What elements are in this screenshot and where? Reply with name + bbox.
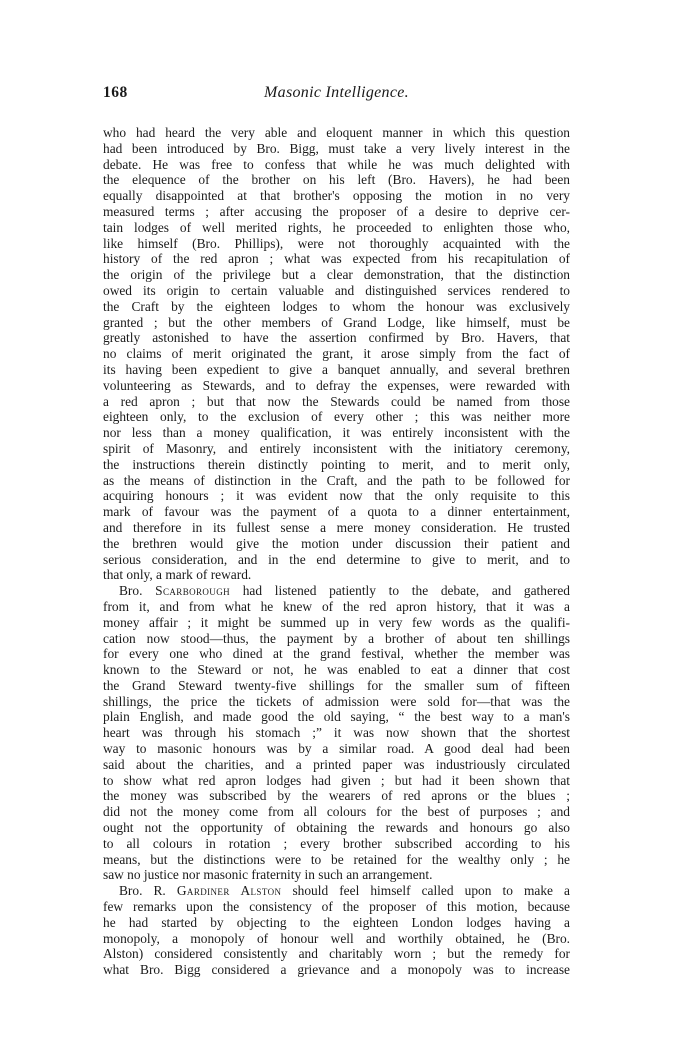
line-text: what Bro. Bigg considered a grievance an… bbox=[103, 962, 570, 977]
text-line: saw no justice nor masonic fraternity in… bbox=[103, 867, 570, 883]
line-text: like himself (Bro. Phillips), were not t… bbox=[103, 236, 570, 251]
text-line: volunteering as Stewards, and to defray … bbox=[103, 378, 570, 394]
text-line: no claims of merit originated the grant,… bbox=[103, 346, 570, 362]
line-text: had listened patiently to the debate, an… bbox=[230, 583, 570, 598]
text-line: did not the money come from all colours … bbox=[103, 804, 570, 820]
text-line: serious consideration, and in the end de… bbox=[103, 552, 570, 568]
text-line: the elequence of the brother on his left… bbox=[103, 172, 570, 188]
book-page: 168 Masonic Intelligence. who had heard … bbox=[103, 84, 570, 978]
line-text: as the means of distinction in the Craft… bbox=[103, 473, 570, 488]
line-text: mark of favour was the payment of a quot… bbox=[103, 504, 570, 519]
text-line: few remarks upon the consistency of the … bbox=[103, 899, 570, 915]
text-line: plain English, and made good the old say… bbox=[103, 709, 570, 725]
text-line: to show what red apron lodges had given … bbox=[103, 773, 570, 789]
text-line: Alston) considered consistently and char… bbox=[103, 946, 570, 962]
line-text: its having been expedient to give a banq… bbox=[103, 362, 570, 377]
line-text: to all colours in rotation ; every broth… bbox=[103, 836, 570, 851]
text-line: who had heard the very able and eloquent… bbox=[103, 125, 570, 141]
line-text: a red apron ; but that now the Stewards … bbox=[103, 394, 570, 409]
running-head: 168 Masonic Intelligence. bbox=[103, 84, 570, 106]
line-text: plain English, and made good the old say… bbox=[103, 709, 570, 724]
text-line: spirit of Masonry, and entirely inconsis… bbox=[103, 441, 570, 457]
text-line: ought not the opportunity of obtaining t… bbox=[103, 820, 570, 836]
text-line: eighteen only, to the exclusion of every… bbox=[103, 409, 570, 425]
speaker-name: Gardiner Alston bbox=[177, 883, 282, 898]
text-line: said about the charities, and a printed … bbox=[103, 757, 570, 773]
text-line: a red apron ; but that now the Stewards … bbox=[103, 394, 570, 410]
text-line: Bro. Scarborough had listened patiently … bbox=[103, 583, 570, 599]
text-line: like himself (Bro. Phillips), were not t… bbox=[103, 236, 570, 252]
body-text: who had heard the very able and eloquent… bbox=[103, 125, 570, 978]
speaker-prefix: Bro. R. bbox=[119, 883, 177, 898]
text-line: the brethren would give the motion under… bbox=[103, 536, 570, 552]
line-text: and therefore in its fullest sense a mer… bbox=[103, 520, 570, 535]
line-text: Alston) considered consistently and char… bbox=[103, 946, 570, 961]
text-line: greatly astonished to have the assertion… bbox=[103, 330, 570, 346]
text-line: the origin of the privilege but a clear … bbox=[103, 267, 570, 283]
line-text: did not the money come from all colours … bbox=[103, 804, 570, 819]
text-line: cation now stood—thus, the payment by a … bbox=[103, 631, 570, 647]
text-line: Bro. R. Gardiner Alston should feel hims… bbox=[103, 883, 570, 899]
text-line: what Bro. Bigg considered a grievance an… bbox=[103, 962, 570, 978]
line-text: saw no justice nor masonic fraternity in… bbox=[103, 867, 432, 882]
line-text: eighteen only, to the exclusion of every… bbox=[103, 409, 570, 424]
text-line: measured terms ; after accusing the prop… bbox=[103, 204, 570, 220]
line-text: for every one who dined at the grand fes… bbox=[103, 646, 570, 661]
line-text: history of the red apron ; what was expe… bbox=[103, 251, 570, 266]
text-line: heart was through his stomach ;” it was … bbox=[103, 725, 570, 741]
line-text: he had started by objecting to the eight… bbox=[103, 915, 570, 930]
line-text: the origin of the privilege but a clear … bbox=[103, 267, 570, 282]
line-text: the elequence of the brother on his left… bbox=[103, 172, 570, 187]
text-line: mark of favour was the payment of a quot… bbox=[103, 504, 570, 520]
line-text: shillings, the price the tickets of admi… bbox=[103, 694, 570, 709]
line-text: money affair ; it might be summed up in … bbox=[103, 615, 570, 630]
line-text: who had heard the very able and eloquent… bbox=[103, 125, 570, 140]
speaker-prefix: Bro. bbox=[119, 583, 155, 598]
line-text: cation now stood—thus, the payment by a … bbox=[103, 631, 570, 646]
line-text: tain lodges of well merited rights, he p… bbox=[103, 220, 570, 235]
text-line: shillings, the price the tickets of admi… bbox=[103, 694, 570, 710]
line-text: granted ; but the other members of Grand… bbox=[103, 315, 570, 330]
text-line: for every one who dined at the grand fes… bbox=[103, 646, 570, 662]
line-text: measured terms ; after accusing the prop… bbox=[103, 204, 570, 219]
text-line: way to masonic honours was by a similar … bbox=[103, 741, 570, 757]
text-line: from it, and from what he knew of the re… bbox=[103, 599, 570, 615]
line-text: greatly astonished to have the assertion… bbox=[103, 330, 570, 345]
line-text: the Craft by the eighteen lodges to whom… bbox=[103, 299, 570, 314]
line-text: the brethren would give the motion under… bbox=[103, 536, 570, 551]
line-text: to show what red apron lodges had given … bbox=[103, 773, 570, 788]
line-text: means, but the distinctions were to be r… bbox=[103, 852, 570, 867]
line-text: the instructions therein distinctly poin… bbox=[103, 457, 570, 472]
line-text: owed its origin to certain valuable and … bbox=[103, 283, 570, 298]
text-line: monopoly, a monopoly of honour well and … bbox=[103, 931, 570, 947]
text-line: he had started by objecting to the eight… bbox=[103, 915, 570, 931]
line-text: known to the Steward or not, he was enab… bbox=[103, 662, 570, 677]
text-line: money affair ; it might be summed up in … bbox=[103, 615, 570, 631]
text-line: to all colours in rotation ; every broth… bbox=[103, 836, 570, 852]
line-text: volunteering as Stewards, and to defray … bbox=[103, 378, 570, 393]
line-text: serious consideration, and in the end de… bbox=[103, 552, 570, 567]
text-line: as the means of distinction in the Craft… bbox=[103, 473, 570, 489]
line-text: way to masonic honours was by a similar … bbox=[103, 741, 570, 756]
line-text: nor less than a money qualification, it … bbox=[103, 425, 570, 440]
text-line: owed its origin to certain valuable and … bbox=[103, 283, 570, 299]
line-text: ought not the opportunity of obtaining t… bbox=[103, 820, 570, 835]
text-line: debate. He was free to confess that whil… bbox=[103, 157, 570, 173]
line-text: said about the charities, and a printed … bbox=[103, 757, 570, 772]
line-text: the Grand Steward twenty-five shillings … bbox=[103, 678, 570, 693]
text-line: that only, a mark of reward. bbox=[103, 567, 570, 583]
line-text: equally disappointed at that brother's o… bbox=[103, 188, 570, 203]
text-line: the Craft by the eighteen lodges to whom… bbox=[103, 299, 570, 315]
text-line: and therefore in its fullest sense a mer… bbox=[103, 520, 570, 536]
text-line: acquiring honours ; it was evident now t… bbox=[103, 488, 570, 504]
text-line: means, but the distinctions were to be r… bbox=[103, 852, 570, 868]
line-text: few remarks upon the consistency of the … bbox=[103, 899, 570, 914]
text-line: known to the Steward or not, he was enab… bbox=[103, 662, 570, 678]
text-line: the instructions therein distinctly poin… bbox=[103, 457, 570, 473]
line-text: acquiring honours ; it was evident now t… bbox=[103, 488, 570, 503]
speaker-name: Scarborough bbox=[155, 583, 230, 598]
line-text: debate. He was free to confess that whil… bbox=[103, 157, 570, 172]
text-line: had been introduced by Bro. Bigg, must t… bbox=[103, 141, 570, 157]
line-text: no claims of merit originated the grant,… bbox=[103, 346, 570, 361]
line-text: spirit of Masonry, and entirely inconsis… bbox=[103, 441, 570, 456]
line-text: heart was through his stomach ;” it was … bbox=[103, 725, 570, 740]
line-text: that only, a mark of reward. bbox=[103, 567, 251, 582]
text-line: its having been expedient to give a banq… bbox=[103, 362, 570, 378]
running-title: Masonic Intelligence. bbox=[103, 84, 570, 102]
text-line: granted ; but the other members of Grand… bbox=[103, 315, 570, 331]
line-text: should feel himself called upon to make … bbox=[281, 883, 570, 898]
text-line: the Grand Steward twenty-five shillings … bbox=[103, 678, 570, 694]
line-text: from it, and from what he knew of the re… bbox=[103, 599, 570, 614]
line-text: monopoly, a monopoly of honour well and … bbox=[103, 931, 570, 946]
text-line: tain lodges of well merited rights, he p… bbox=[103, 220, 570, 236]
text-line: nor less than a money qualification, it … bbox=[103, 425, 570, 441]
line-text: the money was subscribed by the wearers … bbox=[103, 788, 570, 803]
line-text: had been introduced by Bro. Bigg, must t… bbox=[103, 141, 570, 156]
text-line: the money was subscribed by the wearers … bbox=[103, 788, 570, 804]
text-line: history of the red apron ; what was expe… bbox=[103, 251, 570, 267]
text-line: equally disappointed at that brother's o… bbox=[103, 188, 570, 204]
